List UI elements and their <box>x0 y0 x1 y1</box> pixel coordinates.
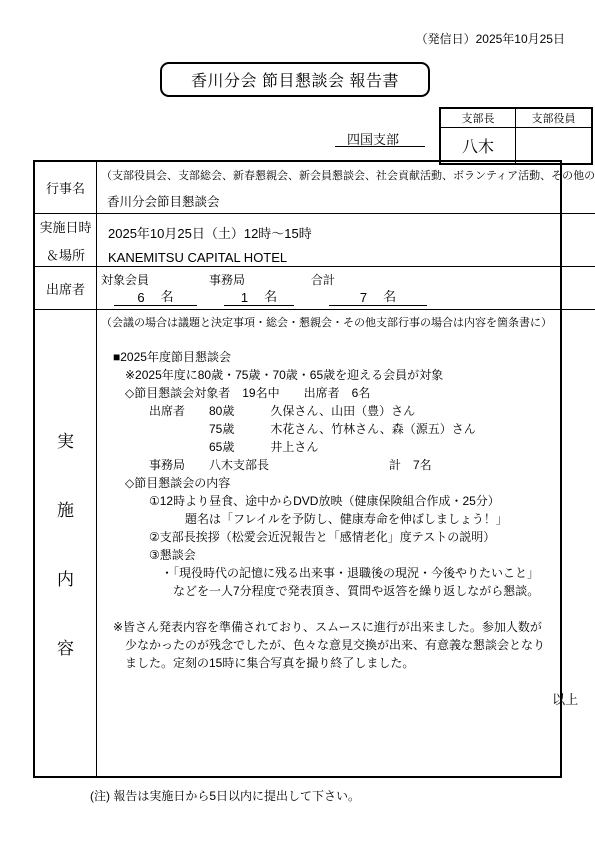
report-page: （発信日）2025年10月25日 香川分会 節目懇談会 報告書 四国支部 支部長… <box>0 0 595 841</box>
stamp-header-yakuin: 支部役員 <box>516 109 591 128</box>
event-name-value: 香川分会節目懇談会 <box>97 183 595 210</box>
details-line: 題名は「フレイルを予防し、健康寿命を伸ばしましょう！」 <box>101 510 595 528</box>
event-datetime: 2025年10月25日（土）12時～15時 <box>97 214 595 242</box>
report-title-box: 香川分会 節目懇談会 報告書 <box>160 62 430 97</box>
report-title: 香川分会 節目懇談会 報告書 <box>191 68 399 91</box>
details-line: ました。定刻の15時に集合写真を撮り終了しました。 <box>101 654 595 672</box>
details-line: ③懇談会 <box>101 546 595 564</box>
stamp-value-yakuin <box>516 128 591 163</box>
stamp-value-shibucho: 八木 <box>441 128 516 163</box>
datetime-label-line2: ＆場所 <box>46 245 85 264</box>
datetime-place-label: 実施日時 ＆場所 <box>35 214 97 267</box>
details-cell: （会議の場合は議題と決定事項・総会・懇親会・その他支部行事の場合は内容を箇条書に… <box>97 310 595 776</box>
details-line: ◇節目懇談会対象者 19名中 出席者 6名 <box>101 384 595 402</box>
details-vertical-label: 実施内容 <box>35 310 97 776</box>
attendees-col1-number: 6 <box>137 290 144 305</box>
details-label-char: 実 <box>57 427 74 452</box>
footer-note: (注) 報告は実施日から5日以内に提出して下さい。 <box>90 787 360 804</box>
send-date: （発信日）2025年10月25日 <box>416 30 565 47</box>
details-body: ■2025年度節目懇談会 ※2025年度に80歳・75歳・70歳・65歳を迎える… <box>101 348 595 672</box>
attendees-col2-unit: 名 <box>264 286 277 305</box>
details-line <box>101 600 595 618</box>
details-line: ①12時より昼食、途中からDVD放映（健康保険組合作成・25分） <box>101 492 595 510</box>
datetime-place-cell: 2025年10月25日（土）12時～15時 KANEMITSU CAPITAL … <box>97 214 595 267</box>
approval-stamp-table: 支部長 支部役員 八木 <box>439 107 593 165</box>
attendees-label: 出席者 <box>35 267 97 310</box>
details-line: ◇節目懇談会の内容 <box>101 474 595 492</box>
attendees-col1-count: 6 名 <box>114 287 197 306</box>
attendees-col1-label: 対象会員 <box>101 271 149 288</box>
details-line: などを一人7分程度で発表頂き、質問や返答を繰り返しながら懇談。 <box>101 582 595 600</box>
attendees-col2-number: 1 <box>241 290 248 305</box>
attendees-col3-count: 7 名 <box>329 287 427 306</box>
details-line: ・「現役時代の記憶に残る出来事・退職後の現況・今後やりたいこと」 <box>101 564 595 582</box>
details-line: 出席者 80歳 久保さん、山田（豊）さん <box>101 402 595 420</box>
attendees-col3-label: 合計 <box>311 271 335 288</box>
event-category-note: （支部役員会、支部総会、新春懇親会、新会員懇談会、社会貢献活動、ボランティア活動… <box>97 162 595 183</box>
attendees-col2-label: 事務局 <box>209 271 245 288</box>
attendees-col3-unit: 名 <box>383 286 396 305</box>
event-name-label: 行事名 <box>35 162 97 214</box>
stamp-header-shibucho: 支部長 <box>441 109 516 128</box>
attendees-col1-unit: 名 <box>161 286 174 305</box>
details-label-char: 容 <box>57 634 74 659</box>
details-label-char: 施 <box>57 496 74 521</box>
event-place: KANEMITSU CAPITAL HOTEL <box>97 242 595 265</box>
details-instruction-note: （会議の場合は議題と決定事項・総会・懇親会・その他支部行事の場合は内容を箇条書に… <box>101 314 595 332</box>
attendees-col3-number: 7 <box>360 290 367 305</box>
attendees-col2-count: 1 名 <box>224 287 294 306</box>
details-line: 事務局 八木支部長 計 7名 <box>101 456 595 474</box>
branch-name: 四国支部 <box>335 129 425 147</box>
attendees-cell: 対象会員 事務局 合計 6 名 1 名 7 名 <box>97 267 595 310</box>
datetime-label-line1: 実施日時 <box>39 217 91 236</box>
details-closing: 以上 <box>101 689 595 708</box>
details-line: 65歳 井上さん <box>101 438 595 456</box>
details-line: ※皆さん発表内容を準備されており、スムースに進行が出来ました。参加人数が <box>101 618 595 636</box>
details-line: 少なかったのが残念でしたが、色々な意見交換が出来、有意義な懇談会となり <box>101 636 595 654</box>
details-line: ■2025年度節目懇談会 <box>101 348 595 366</box>
report-form-table: 行事名 （支部役員会、支部総会、新春懇親会、新会員懇談会、社会貢献活動、ボランテ… <box>33 160 562 778</box>
details-line: ②支部長挨拶（松愛会近況報告と「感情老化」度テストの説明） <box>101 528 595 546</box>
details-line: ※2025年度に80歳・75歳・70歳・65歳を迎える会員が対象 <box>101 366 595 384</box>
details-label-char: 内 <box>57 565 74 590</box>
details-line: 75歳 木花さん、竹林さん、森（源五）さん <box>101 420 595 438</box>
event-name-cell: （支部役員会、支部総会、新春懇親会、新会員懇談会、社会貢献活動、ボランティア活動… <box>97 162 595 214</box>
